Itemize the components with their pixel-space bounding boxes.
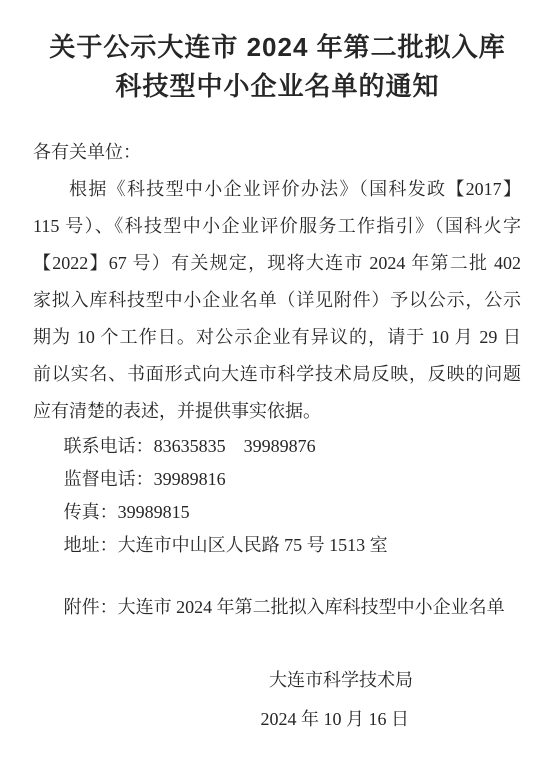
paragraph-line: 【2022】67 号）有关规定，现将大连市 2024 年第二批 402 — [33, 245, 521, 282]
signature-organization: 大连市科学技术局 — [269, 667, 413, 693]
paragraph-line: 期为 10 个工作日。对公示企业有异议的，请于 10 月 29 日 — [33, 319, 521, 356]
document-title-line-1: 关于公示大连市 2024 年第二批拟入库 — [0, 28, 555, 67]
supervision-phone-line: 监督电话：39989816 — [33, 463, 521, 496]
document-title: 关于公示大连市 2024 年第二批拟入库 科技型中小企业名单的通知 — [0, 28, 555, 106]
contact-phone-line: 联系电话：83635835 39989876 — [33, 430, 521, 463]
document-title-line-2: 科技型中小企业名单的通知 — [0, 67, 555, 106]
document-body: 各有关单位： 根据《科技型中小企业评价办法》（国科发政【2017】 115 号）… — [33, 134, 521, 626]
paragraph-line: 根据《科技型中小企业评价办法》（国科发政【2017】 — [33, 171, 521, 208]
salutation: 各有关单位： — [33, 134, 521, 171]
signature-date: 2024 年 10 月 16 日 — [261, 706, 410, 732]
attachment-line: 附件：大连市 2024 年第二批拟入库科技型中小企业名单 — [33, 589, 521, 626]
notice-document: 关于公示大连市 2024 年第二批拟入库 科技型中小企业名单的通知 各有关单位：… — [0, 0, 555, 761]
fax-line: 传真：39989815 — [33, 496, 521, 529]
paragraph-line: 应有清楚的表述，并提供事实依据。 — [33, 393, 521, 430]
paragraph-line: 前以实名、书面形式向大连市科学技术局反映，反映的问题 — [33, 356, 521, 393]
paragraph-line: 115 号）、《科技型中小企业评价服务工作指引》（国科火字 — [33, 208, 521, 245]
address-line: 地址：大连市中山区人民路 75 号 1513 室 — [33, 529, 521, 562]
paragraph-line: 家拟入库科技型中小企业名单（详见附件）予以公示，公示 — [33, 282, 521, 319]
